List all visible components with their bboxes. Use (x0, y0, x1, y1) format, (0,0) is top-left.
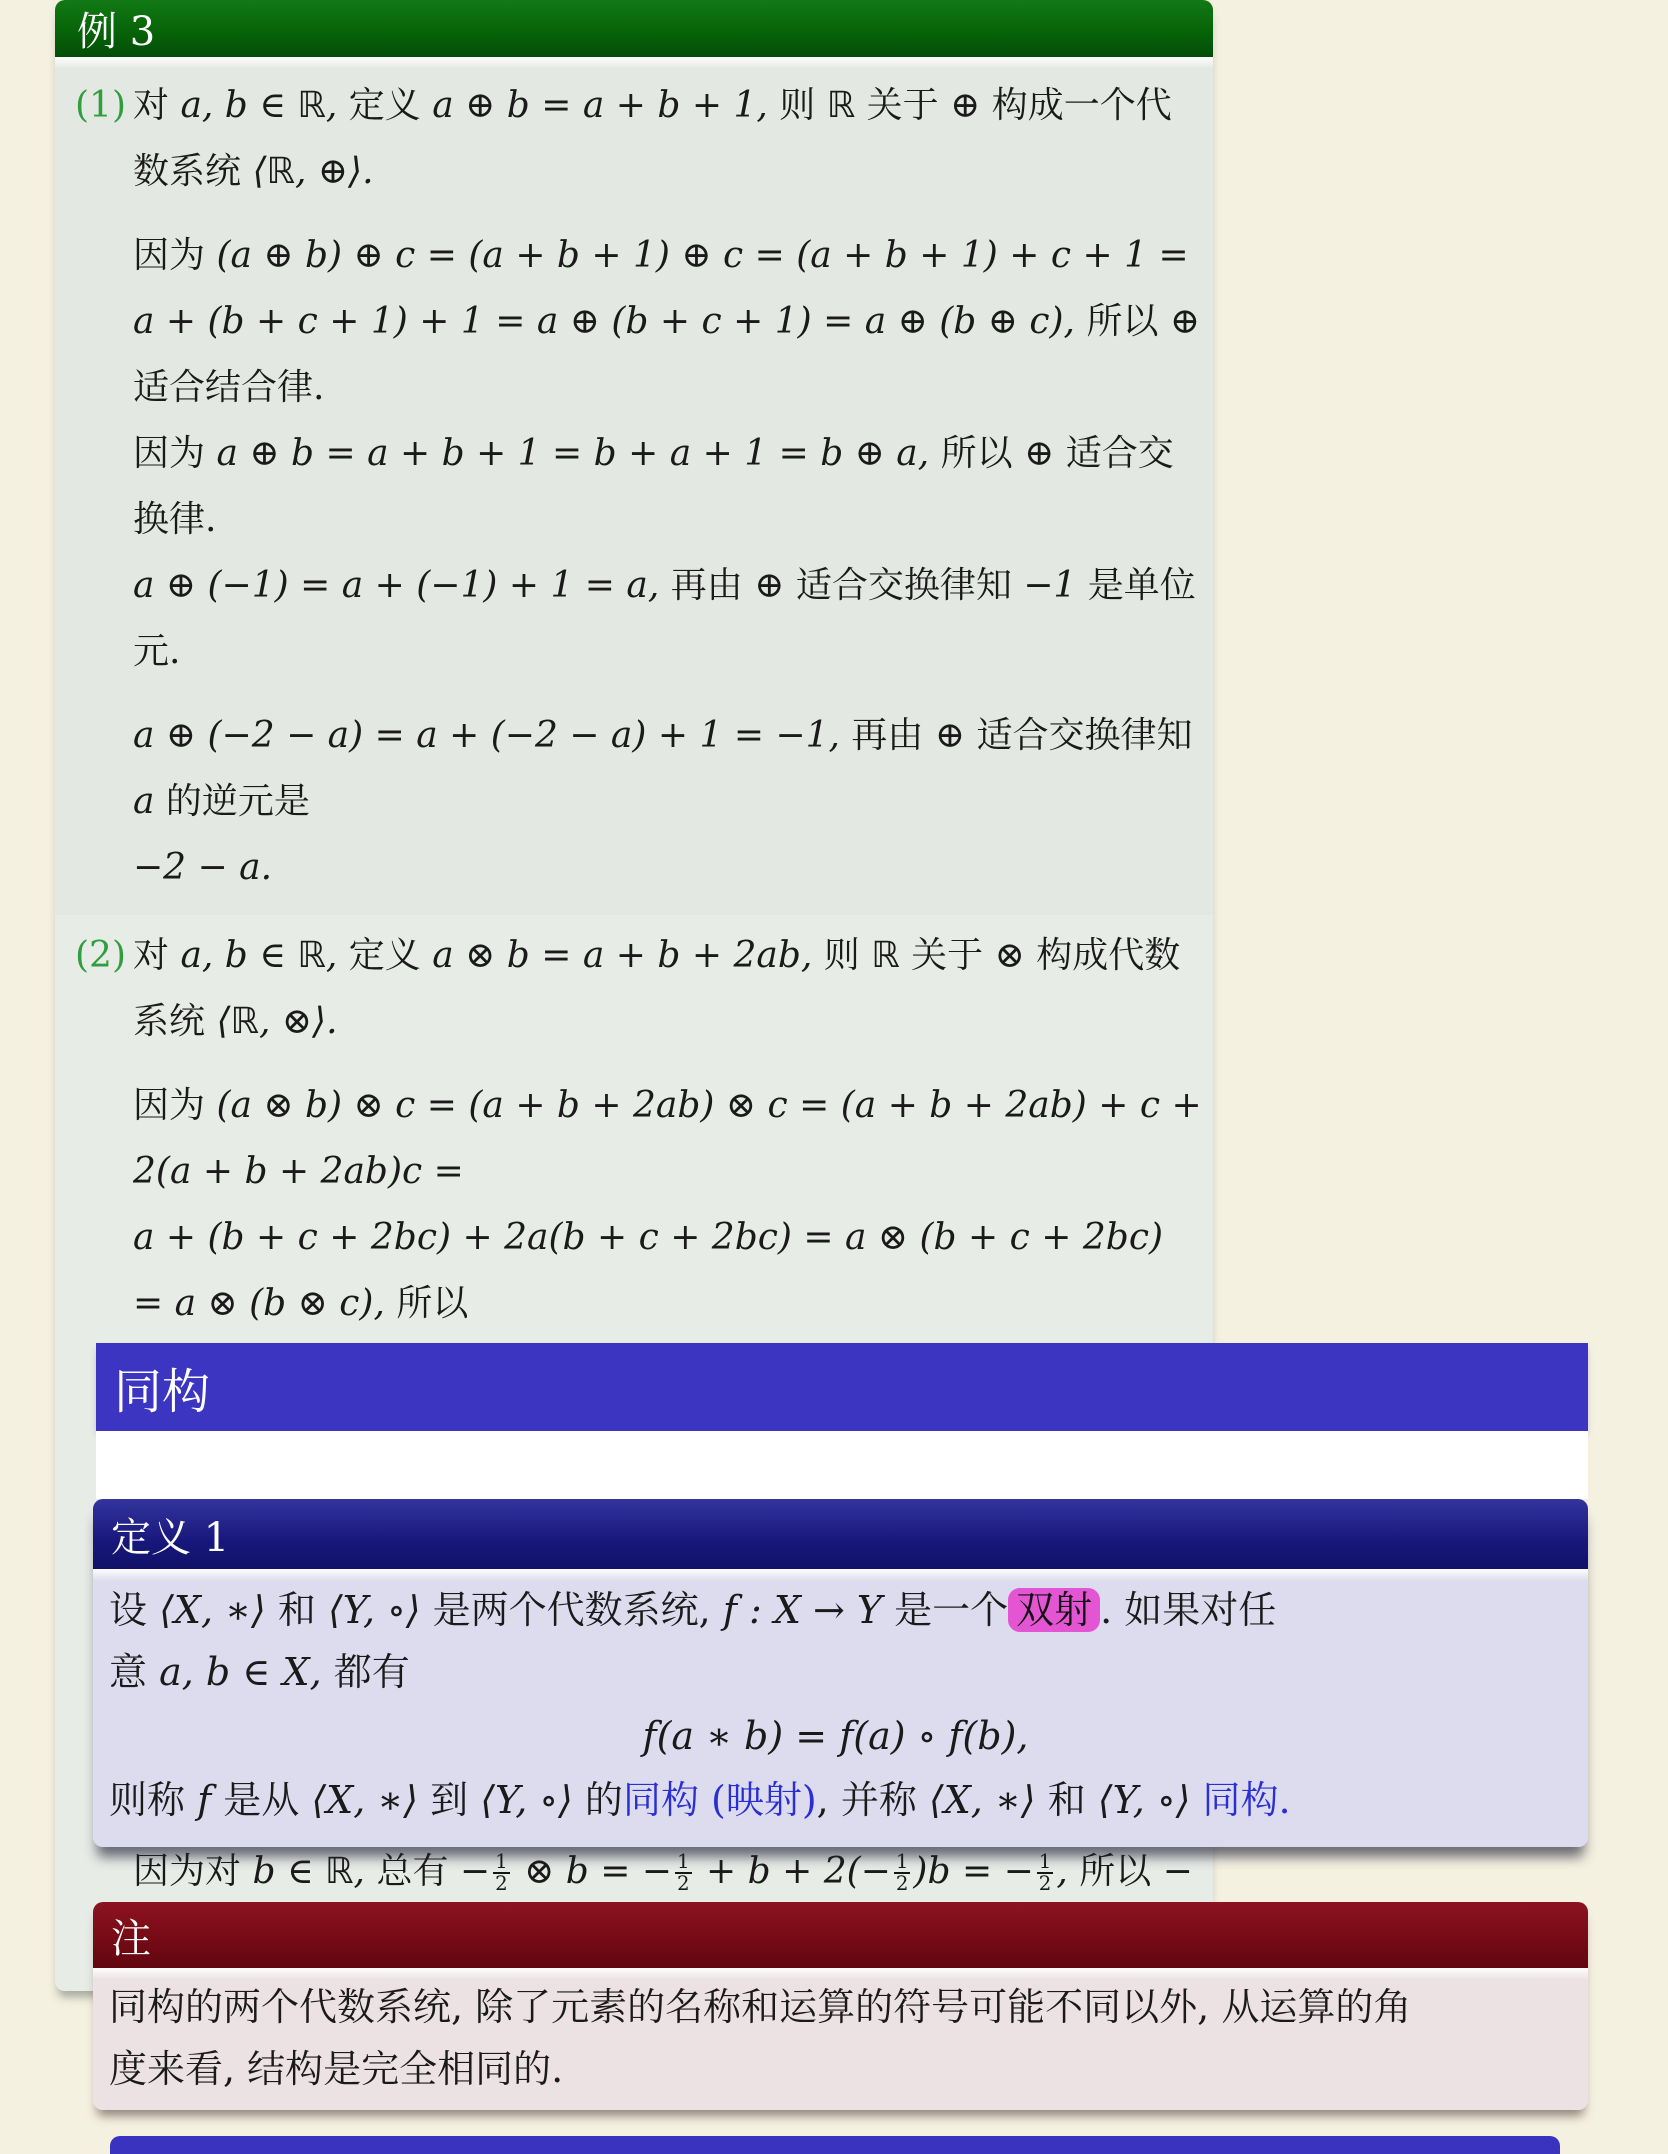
slide-page: { "colors": { "page_bg": "#f5f1e1", "exa… (0, 0, 1668, 2154)
text-run: 因为 (133, 1085, 216, 1126)
text-run: a, b ∈ ℝ, (180, 85, 337, 126)
text-line: 意 a, b ∈ X, 都有 (109, 1641, 1578, 1703)
text-run: a ⊕ b = a + b + 1 = b + a + 1 = b ⊕ a, (216, 433, 929, 474)
text-line: 因为 (a ⊗ b) ⊗ c = (a + b + 2ab) ⊗ c = (a … (133, 1073, 1203, 1205)
text-run: 定义 (337, 85, 432, 126)
section-banner-title: 同构 (114, 1353, 210, 1422)
text-run: 的 (573, 1778, 623, 1822)
note-body-lines: 同构的两个代数系统, 除了元素的名称和运算的符号可能不同以外, 从运算的角度来看… (93, 1976, 1588, 2100)
text-run: 和 (266, 1588, 328, 1632)
definition-block-title: 定义 1 (111, 1506, 229, 1563)
definition-block-title-bar: 定义 1 (93, 1499, 1588, 1569)
text-run: 是一个 (882, 1588, 1008, 1632)
text-run: 和 (1036, 1778, 1098, 1822)
text-run: ⊗ b = − (513, 1851, 672, 1892)
text-run: a ⊕ (−2 − a) = a + (−2 − a) + 1 = −1, (133, 715, 840, 756)
highlighted-term: 双射 (1008, 1588, 1100, 1632)
text-run: ⟨X, ∗⟩ (311, 1778, 418, 1822)
emphasized-term: 同构. (1203, 1778, 1291, 1822)
text-run: 都有 (322, 1650, 410, 1694)
text-run: ⟨X, ∗⟩ (929, 1778, 1036, 1822)
text-run: ⊕ (754, 565, 784, 606)
text-run: (a ⊗ b) ⊗ c = (a + b + 2ab) ⊗ c = (a + b… (133, 1085, 1202, 1192)
text-run: ⊕ (1170, 301, 1200, 342)
text-line: 度来看, 结构是完全相同的. (109, 2038, 1578, 2100)
text-run: 因为 (133, 433, 216, 474)
note-block-title-bar: 注 (93, 1902, 1588, 1968)
text-run: a ⊕ b = a + b + 1, (432, 85, 768, 126)
fraction: 12 (894, 1852, 911, 1896)
text-run: 所以 (385, 1283, 468, 1324)
text-run: b ∈ ℝ, (252, 1851, 365, 1892)
example-item-1-lines: (1)对 a, b ∈ ℝ, 定义 a ⊕ b = a + b + 1, 则 ℝ… (55, 73, 1213, 901)
text-run: 对 (133, 935, 180, 976)
text-run: . 如果对任 (1100, 1588, 1276, 1632)
text-run: 关于 (855, 85, 950, 126)
text-line: f(a ∗ b) = f(a) ∘ f(b), (109, 1703, 1578, 1769)
text-run: (a ⊕ b) ⊕ c = (a + b + 1) ⊕ c = (a + b +… (216, 235, 1188, 276)
text-run: − (1163, 1851, 1193, 1892)
text-run: ℝ (827, 85, 856, 126)
text-run: ⊗ (995, 935, 1025, 976)
example-block-title: 例 3 (77, 0, 155, 57)
text-run: 关于 (900, 935, 995, 976)
item-number-label: (1) (75, 73, 133, 139)
fraction: 12 (675, 1852, 692, 1896)
text-run: 度来看, 结构是完全相同的. (109, 2047, 563, 2091)
text-run: a, b ∈ X, (159, 1650, 322, 1694)
text-run: 是两个代数系统, (421, 1588, 723, 1632)
text-run: ⟨Y, ∘⟩ (328, 1588, 421, 1632)
text-run: ⟨Y, ∘⟩ (480, 1778, 573, 1822)
text-run: 则 (768, 85, 827, 126)
text-run: ⊕ (950, 85, 980, 126)
text-run: ℝ (871, 935, 900, 976)
text-run: a ⊗ b = a + b + 2ab, (432, 935, 812, 976)
text-run: a (133, 781, 154, 822)
text-line: 同构的两个代数系统, 除了元素的名称和运算的符号可能不同以外, 从运算的角 (109, 1976, 1578, 2038)
text-run: ⟨X, ∗⟩ (159, 1588, 266, 1632)
text-run: ⟨Y, ∘⟩ (1098, 1778, 1191, 1822)
text-run: f (197, 1778, 211, 1822)
text-run: a ⊕ (−1) = a + (−1) + 1 = a, (133, 565, 659, 606)
note-block-title: 注 (111, 1907, 151, 1964)
text-line: a ⊕ (−2 − a) = a + (−2 − a) + 1 = −1, 再由… (133, 703, 1203, 835)
text-run: a + (b + c + 2bc) + 2a(b + c + 2bc) = a … (133, 1217, 1163, 1324)
example-block-title-bar: 例 3 (55, 0, 1213, 57)
text-run: 意 (109, 1650, 159, 1694)
text-run: 所以 (1075, 301, 1170, 342)
text-run: 设 (109, 1588, 159, 1632)
text-run: 因为对 (133, 1851, 252, 1892)
text-line: a ⊕ (−1) = a + (−1) + 1 = a, 再由 ⊕ 适合交换律知… (133, 553, 1203, 685)
text-line: 设 ⟨X, ∗⟩ 和 ⟨Y, ∘⟩ 是两个代数系统, f : X → Y 是一个… (109, 1579, 1578, 1641)
text-run: 则称 (109, 1778, 197, 1822)
text-line: (2)对 a, b ∈ ℝ, 定义 a ⊗ b = a + b + 2ab, 则… (133, 923, 1203, 1055)
text-line: a + (b + c + 2bc) + 2a(b + c + 2bc) = a … (133, 1205, 1203, 1337)
item-number-label: (2) (75, 923, 133, 989)
emphasized-term: 同构 (映射) (623, 1778, 817, 1822)
white-content-strip (96, 1431, 1588, 1499)
text-line: (1)对 a, b ∈ ℝ, 定义 a ⊕ b = a + b + 1, 则 ℝ… (133, 73, 1203, 205)
text-run: 所以 (1068, 1851, 1163, 1892)
text-run: , 并称 (817, 1778, 929, 1822)
text-line: 因为 (a ⊕ b) ⊕ c = (a + b + 1) ⊕ c = (a + … (133, 223, 1203, 289)
text-run: 的逆元是 (154, 781, 309, 822)
text-run: f(a ∗ b) = f(a) ∘ f(b), (643, 1714, 1029, 1758)
next-block-partial-header (110, 2136, 1560, 2154)
text-run: ⊕ (1024, 433, 1054, 474)
text-line: 因为 a ⊕ b = a + b + 1 = b + a + 1 = b ⊕ a… (133, 421, 1203, 553)
text-run: −1 (1023, 565, 1076, 606)
text-run: 适合交换律知 (784, 565, 1023, 606)
text-run: 对 (133, 85, 180, 126)
text-run (1190, 1778, 1202, 1822)
text-run: −2 − a. (133, 847, 272, 888)
note-block: 注 同构的两个代数系统, 除了元素的名称和运算的符号可能不同以外, 从运算的角度… (93, 1902, 1588, 2110)
text-run: 再由 (659, 565, 754, 606)
definition-body-lines: 设 ⟨X, ∗⟩ 和 ⟨Y, ∘⟩ 是两个代数系统, f : X → Y 是一个… (93, 1579, 1588, 1831)
text-run: 定义 (337, 935, 432, 976)
text-run: 总有 (365, 1851, 460, 1892)
note-body: 同构的两个代数系统, 除了元素的名称和运算的符号可能不同以外, 从运算的角度来看… (93, 1968, 1588, 2110)
text-run: 到 (418, 1778, 480, 1822)
text-run: ⟨ℝ, ⊗⟩. (216, 1001, 337, 1042)
definition-body: 设 ⟨X, ∗⟩ 和 ⟨Y, ∘⟩ 是两个代数系统, f : X → Y 是一个… (93, 1569, 1588, 1847)
text-run: 同构的两个代数系统, 除了元素的名称和运算的符号可能不同以外, 从运算的角 (109, 1985, 1411, 2029)
text-run: 所以 (929, 433, 1024, 474)
text-run: 再由 (840, 715, 935, 756)
text-line: −2 − a. (133, 835, 1203, 901)
text-run: a, b ∈ ℝ, (180, 935, 337, 976)
text-run: 适合结合律. (133, 367, 324, 408)
text-run: − (460, 1851, 490, 1892)
section-banner-isomorphism: 同构 (96, 1343, 1588, 1431)
text-run: a + (b + c + 1) + 1 = a ⊕ (b + c + 1) = … (133, 301, 1075, 342)
text-run: 因为 (133, 235, 216, 276)
text-run: , (1056, 1851, 1067, 1892)
text-run: ⟨ℝ, ⊕⟩. (252, 151, 373, 192)
definition-1-block: 定义 1 设 ⟨X, ∗⟩ 和 ⟨Y, ∘⟩ 是两个代数系统, f : X → … (93, 1499, 1588, 1847)
text-run: 则 (812, 935, 871, 976)
text-run: 适合交换律知 (965, 715, 1192, 756)
text-run: f : X → Y (723, 1588, 882, 1632)
text-run: 是从 (211, 1778, 311, 1822)
text-line: 则称 f 是从 ⟨X, ∗⟩ 到 ⟨Y, ∘⟩ 的同构 (映射), 并称 ⟨X,… (109, 1769, 1578, 1831)
text-run: + b + 2(− (695, 1851, 891, 1892)
fraction: 12 (493, 1852, 510, 1896)
text-run: )b = − (913, 1851, 1033, 1892)
text-line: a + (b + c + 1) + 1 = a ⊕ (b + c + 1) = … (133, 289, 1203, 421)
fraction: 12 (1037, 1852, 1054, 1896)
text-run: ⊕ (935, 715, 965, 756)
example-item-1-section: (1)对 a, b ∈ ℝ, 定义 a ⊕ b = a + b + 1, 则 ℝ… (55, 57, 1213, 915)
